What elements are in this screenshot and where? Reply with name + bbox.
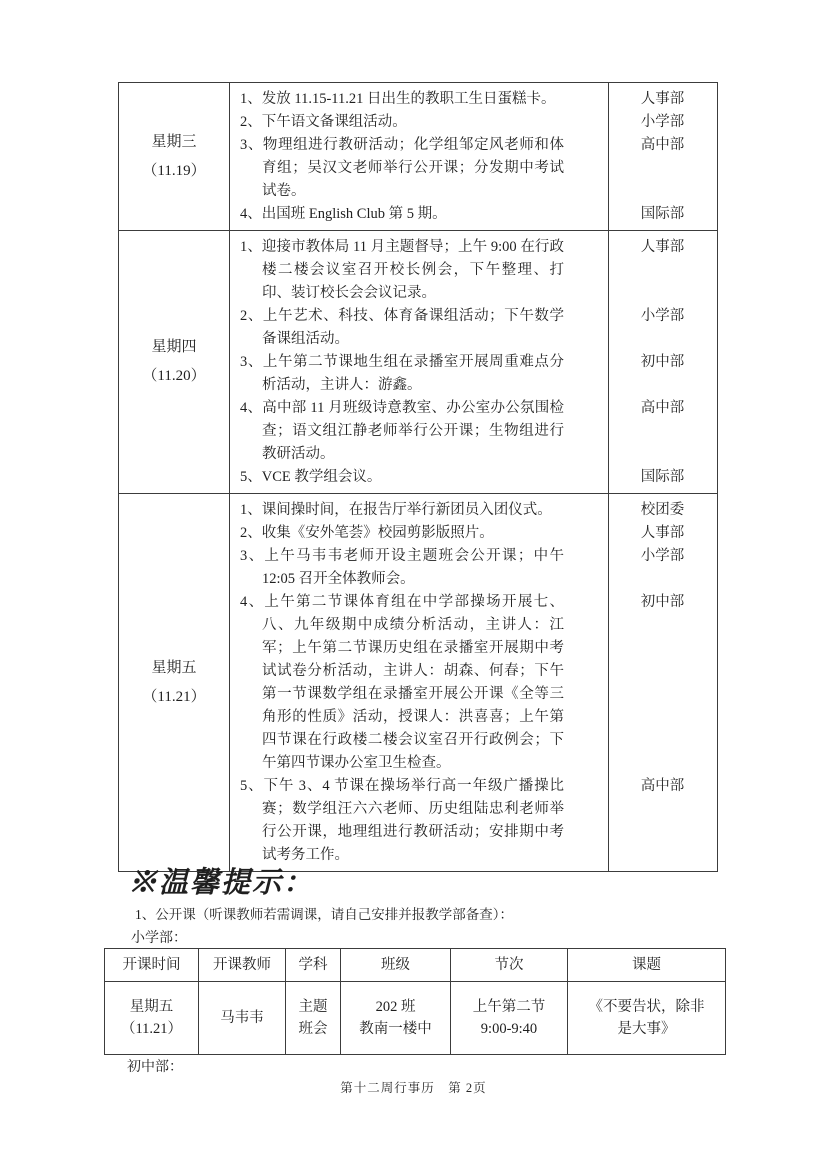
header-class: 班级 xyxy=(341,949,451,982)
item-text: 4、出国班 English Club 第 5 期。 xyxy=(229,203,608,226)
table-row: 星期五 （11.21） 1、课间操时间，在报告厅举行新团员入团仪式。 校团委 2… xyxy=(119,493,717,871)
department-label: 初中部 xyxy=(608,351,717,374)
primary-school-label: 小学部： xyxy=(131,930,187,948)
item-text: 4、上午第二节课体育组在中学部操场开展七、八、九年级期中成绩分析活动，主讲人：江… xyxy=(229,591,608,775)
department-label: 高中部 xyxy=(608,397,717,420)
day-label: 星期五 xyxy=(151,654,196,683)
department-label: 小学部 xyxy=(608,305,717,328)
day-date: （11.21） xyxy=(142,683,205,712)
header-period: 节次 xyxy=(451,949,568,982)
day-date: （11.19） xyxy=(142,157,205,186)
day-date: （11.20） xyxy=(142,362,205,391)
items-cell: 1、发放 11.15-11.21 日出生的教职工生日蛋糕卡。 人事部 2、下午语… xyxy=(229,83,717,230)
schedule-item: 4、上午第二节课体育组在中学部操场开展七、八、九年级期中成绩分析活动，主讲人：江… xyxy=(229,591,717,775)
schedule-item: 1、迎接市教体局 11 月主题督导；上午 9:00 在行政楼二楼会议室召开校长例… xyxy=(229,236,717,305)
cell-topic: 《不要告状，除非 是大事》 xyxy=(568,982,726,1055)
cell-class: 202 班 教南一楼中 xyxy=(341,982,451,1055)
item-text: 2、收集《安外笔荟》校园剪影版照片。 xyxy=(229,522,608,545)
item-text: 3、上午马韦韦老师开设主题班会公开课；中午 12:05 召开全体教师会。 xyxy=(229,545,608,591)
header-topic: 课题 xyxy=(568,949,726,982)
schedule-item: 1、课间操时间，在报告厅举行新团员入团仪式。 校团委 xyxy=(229,499,717,522)
department-label: 高中部 xyxy=(608,775,717,798)
item-text: 1、课间操时间，在报告厅举行新团员入团仪式。 xyxy=(229,499,608,522)
schedule-item: 3、上午第二节课地生组在录播室开展周重难点分析活动，主讲人：游鑫。 初中部 xyxy=(229,351,717,397)
items-cell: 1、课间操时间，在报告厅举行新团员入团仪式。 校团委 2、收集《安外笔荟》校园剪… xyxy=(229,494,717,871)
items-cell: 1、迎接市教体局 11 月主题督导；上午 9:00 在行政楼二楼会议室召开校长例… xyxy=(229,231,717,493)
document-page: { "schedule": { "rows": [ { "day": "星期三"… xyxy=(0,0,827,1169)
schedule-item: 5、下午 3、4 节课在操场举行高一年级广播操比赛；数学组汪六六老师、历史组陆忠… xyxy=(229,775,717,867)
open-class-note: 1、公开课（听课教师若需调课，请自己安排并报教学部备查）： xyxy=(135,906,513,924)
day-cell-friday: 星期五 （11.21） xyxy=(119,494,229,871)
item-text: 1、发放 11.15-11.21 日出生的教职工生日蛋糕卡。 xyxy=(229,88,608,111)
cell-subject: 主题 班会 xyxy=(286,982,341,1055)
header-time: 开课时间 xyxy=(105,949,199,982)
department-label: 人事部 xyxy=(608,236,717,259)
header-teacher: 开课教师 xyxy=(199,949,286,982)
open-class-header-row: 开课时间 开课教师 学科 班级 节次 课题 xyxy=(105,949,726,982)
department-label: 初中部 xyxy=(608,591,717,614)
tips-heading: ※温馨提示： xyxy=(128,860,314,901)
item-text: 1、迎接市教体局 11 月主题督导；上午 9:00 在行政楼二楼会议室召开校长例… xyxy=(229,236,608,305)
department-label: 人事部 xyxy=(608,522,717,545)
junior-school-label: 初中部： xyxy=(127,1059,183,1077)
schedule-item: 2、收集《安外笔荟》校园剪影版照片。 人事部 xyxy=(229,522,717,545)
cell-teacher: 马韦韦 xyxy=(199,982,286,1055)
item-text: 3、上午第二节课地生组在录播室开展周重难点分析活动，主讲人：游鑫。 xyxy=(229,351,608,397)
table-row: 星期四 （11.20） 1、迎接市教体局 11 月主题督导；上午 9:00 在行… xyxy=(119,230,717,493)
department-label: 高中部 xyxy=(608,134,717,157)
open-class-table: 开课时间 开课教师 学科 班级 节次 课题 星期五 （11.21） 马韦韦 主题… xyxy=(104,948,726,1055)
schedule-item: 5、VCE 教学组会议。 国际部 xyxy=(229,466,717,489)
table-row: 星期三 （11.19） 1、发放 11.15-11.21 日出生的教职工生日蛋糕… xyxy=(119,83,717,230)
header-subject: 学科 xyxy=(286,949,341,982)
department-label: 小学部 xyxy=(608,111,717,134)
cell-period: 上午第二节 9:00-9:40 xyxy=(451,982,568,1055)
schedule-item: 4、高中部 11 月班级诗意教室、办公室办公氛围检查；语文组江静老师举行公开课；… xyxy=(229,397,717,466)
department-label: 校团委 xyxy=(608,499,717,522)
department-label: 人事部 xyxy=(608,88,717,111)
weekly-schedule-table: 星期三 （11.19） 1、发放 11.15-11.21 日出生的教职工生日蛋糕… xyxy=(118,82,718,872)
schedule-item: 4、出国班 English Club 第 5 期。 国际部 xyxy=(229,203,717,226)
day-label: 星期三 xyxy=(151,128,196,157)
day-cell-thursday: 星期四 （11.20） xyxy=(119,231,229,493)
item-text: 2、下午语文备课组活动。 xyxy=(229,111,608,134)
item-text: 2、上午艺术、科技、体育备课组活动；下午数学备课组活动。 xyxy=(229,305,608,351)
department-label: 小学部 xyxy=(608,545,717,568)
table-divider-day xyxy=(229,83,230,871)
item-text: 5、VCE 教学组会议。 xyxy=(229,466,608,489)
day-cell-wednesday: 星期三 （11.19） xyxy=(119,83,229,230)
schedule-item: 3、物理组进行教研活动；化学组邹定风老师和体育组；吴汉文老师举行公开课；分发期中… xyxy=(229,134,717,203)
department-label: 国际部 xyxy=(608,466,717,489)
page-footer: 第十二周行事历 第 2页 xyxy=(0,1078,827,1096)
day-label: 星期四 xyxy=(151,333,196,362)
schedule-item: 2、上午艺术、科技、体育备课组活动；下午数学备课组活动。 小学部 xyxy=(229,305,717,351)
open-class-data-row: 星期五 （11.21） 马韦韦 主题 班会 202 班 教南一楼中 上午第二节 … xyxy=(105,982,726,1055)
schedule-item: 3、上午马韦韦老师开设主题班会公开课；中午 12:05 召开全体教师会。 小学部 xyxy=(229,545,717,591)
schedule-item: 1、发放 11.15-11.21 日出生的教职工生日蛋糕卡。 人事部 xyxy=(229,88,717,111)
table-divider-dept xyxy=(608,83,609,871)
item-text: 4、高中部 11 月班级诗意教室、办公室办公氛围检查；语文组江静老师举行公开课；… xyxy=(229,397,608,466)
schedule-item: 2、下午语文备课组活动。 小学部 xyxy=(229,111,717,134)
cell-time: 星期五 （11.21） xyxy=(105,982,199,1055)
item-text: 3、物理组进行教研活动；化学组邹定风老师和体育组；吴汉文老师举行公开课；分发期中… xyxy=(229,134,608,203)
item-text: 5、下午 3、4 节课在操场举行高一年级广播操比赛；数学组汪六六老师、历史组陆忠… xyxy=(229,775,608,867)
department-label: 国际部 xyxy=(608,203,717,226)
